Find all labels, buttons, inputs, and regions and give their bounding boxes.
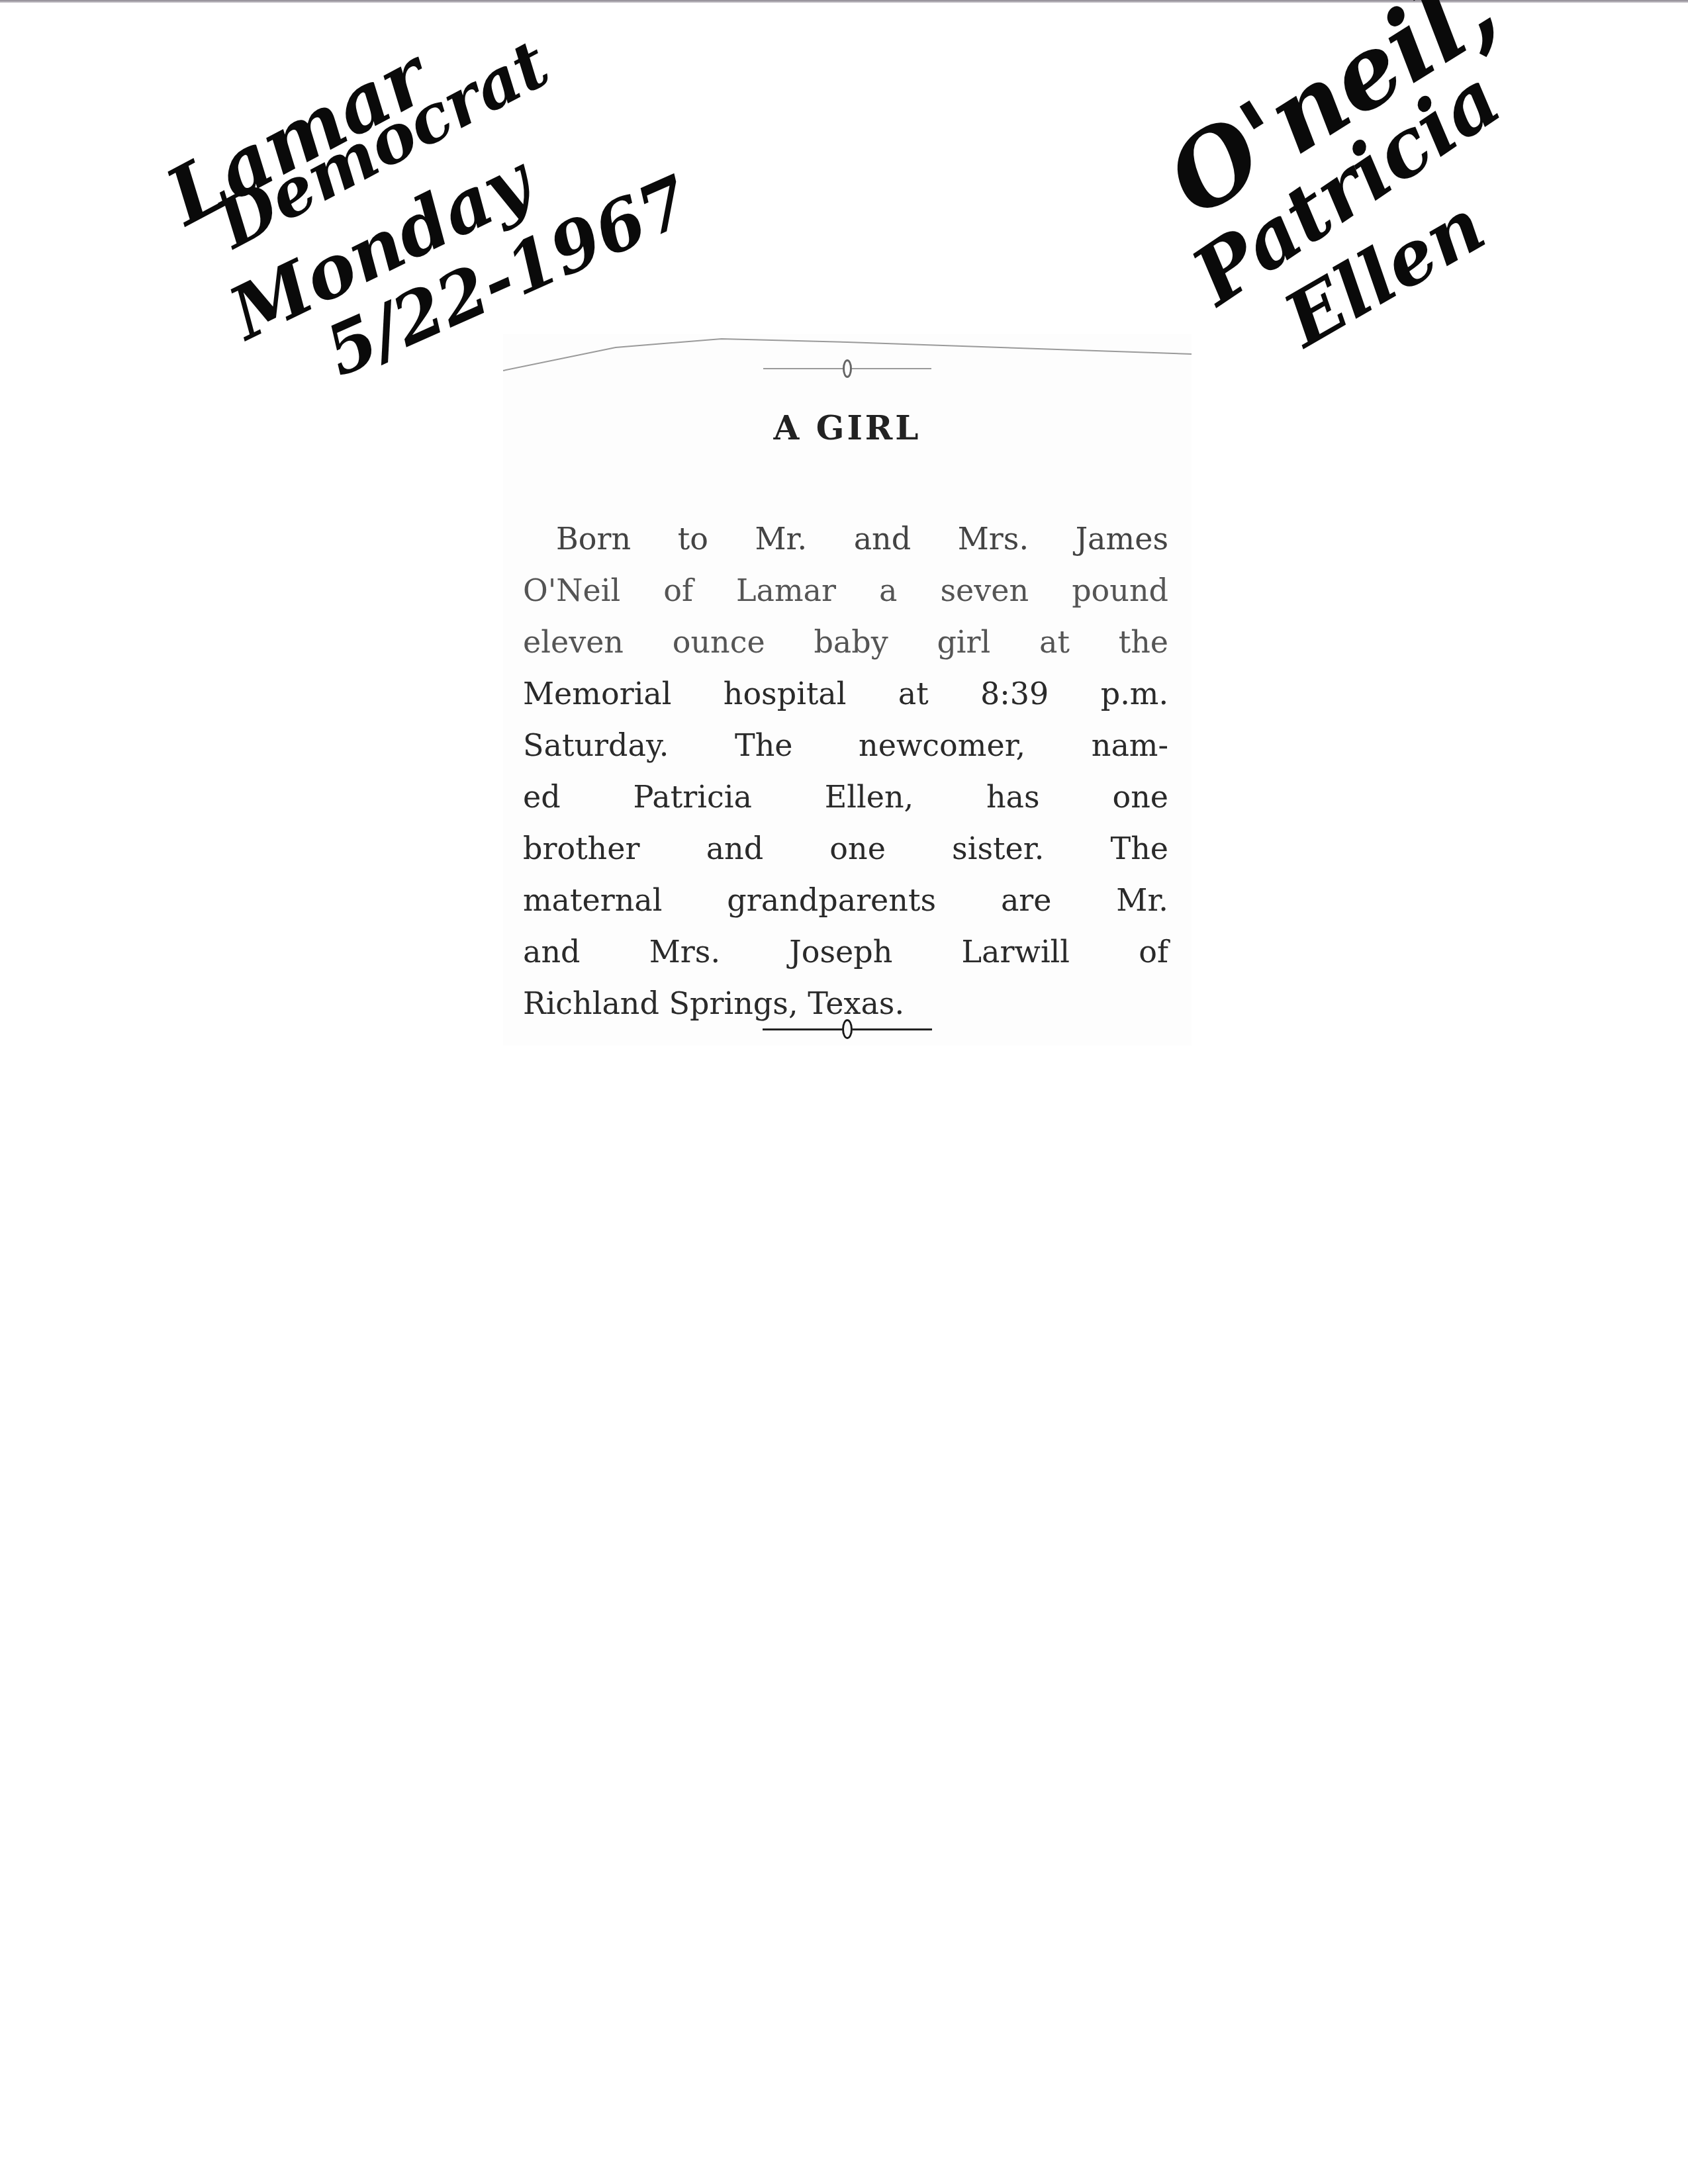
body-line: Saturday. The newcomer, nam- (523, 719, 1168, 771)
clipping-body: Born to Mr. and Mrs. James O'Neil of Lam… (523, 513, 1168, 1029)
body-line: Memorial hospital at 8:39 p.m. (523, 668, 1168, 719)
body-line: maternal grandparents are Mr. (523, 874, 1168, 926)
bottom-ornament-rule (763, 1019, 932, 1039)
body-line: brother and one sister. The (523, 823, 1168, 874)
ornament-oval-icon (843, 359, 852, 378)
clipping-headline: A GIRL (503, 408, 1192, 447)
body-line: Born to Mr. and Mrs. James (523, 513, 1168, 565)
body-line: eleven ounce baby girl at the (523, 616, 1168, 668)
body-line: ed Patricia Ellen, has one (523, 771, 1168, 823)
body-line: O'Neil of Lamar a seven pound (523, 565, 1168, 616)
top-ornament-rule (763, 359, 931, 378)
ornament-oval-icon (842, 1019, 853, 1039)
handwritten-source-note: Lamar Democrat Monday 5/22-1967 (179, 79, 682, 371)
handwritten-name-note: O'neil, Patricia Ellen (1178, 26, 1523, 344)
body-line: and Mrs. Joseph Larwill of (523, 926, 1168, 978)
newspaper-clipping: A GIRL Born to Mr. and Mrs. James O'Neil… (503, 334, 1192, 1046)
